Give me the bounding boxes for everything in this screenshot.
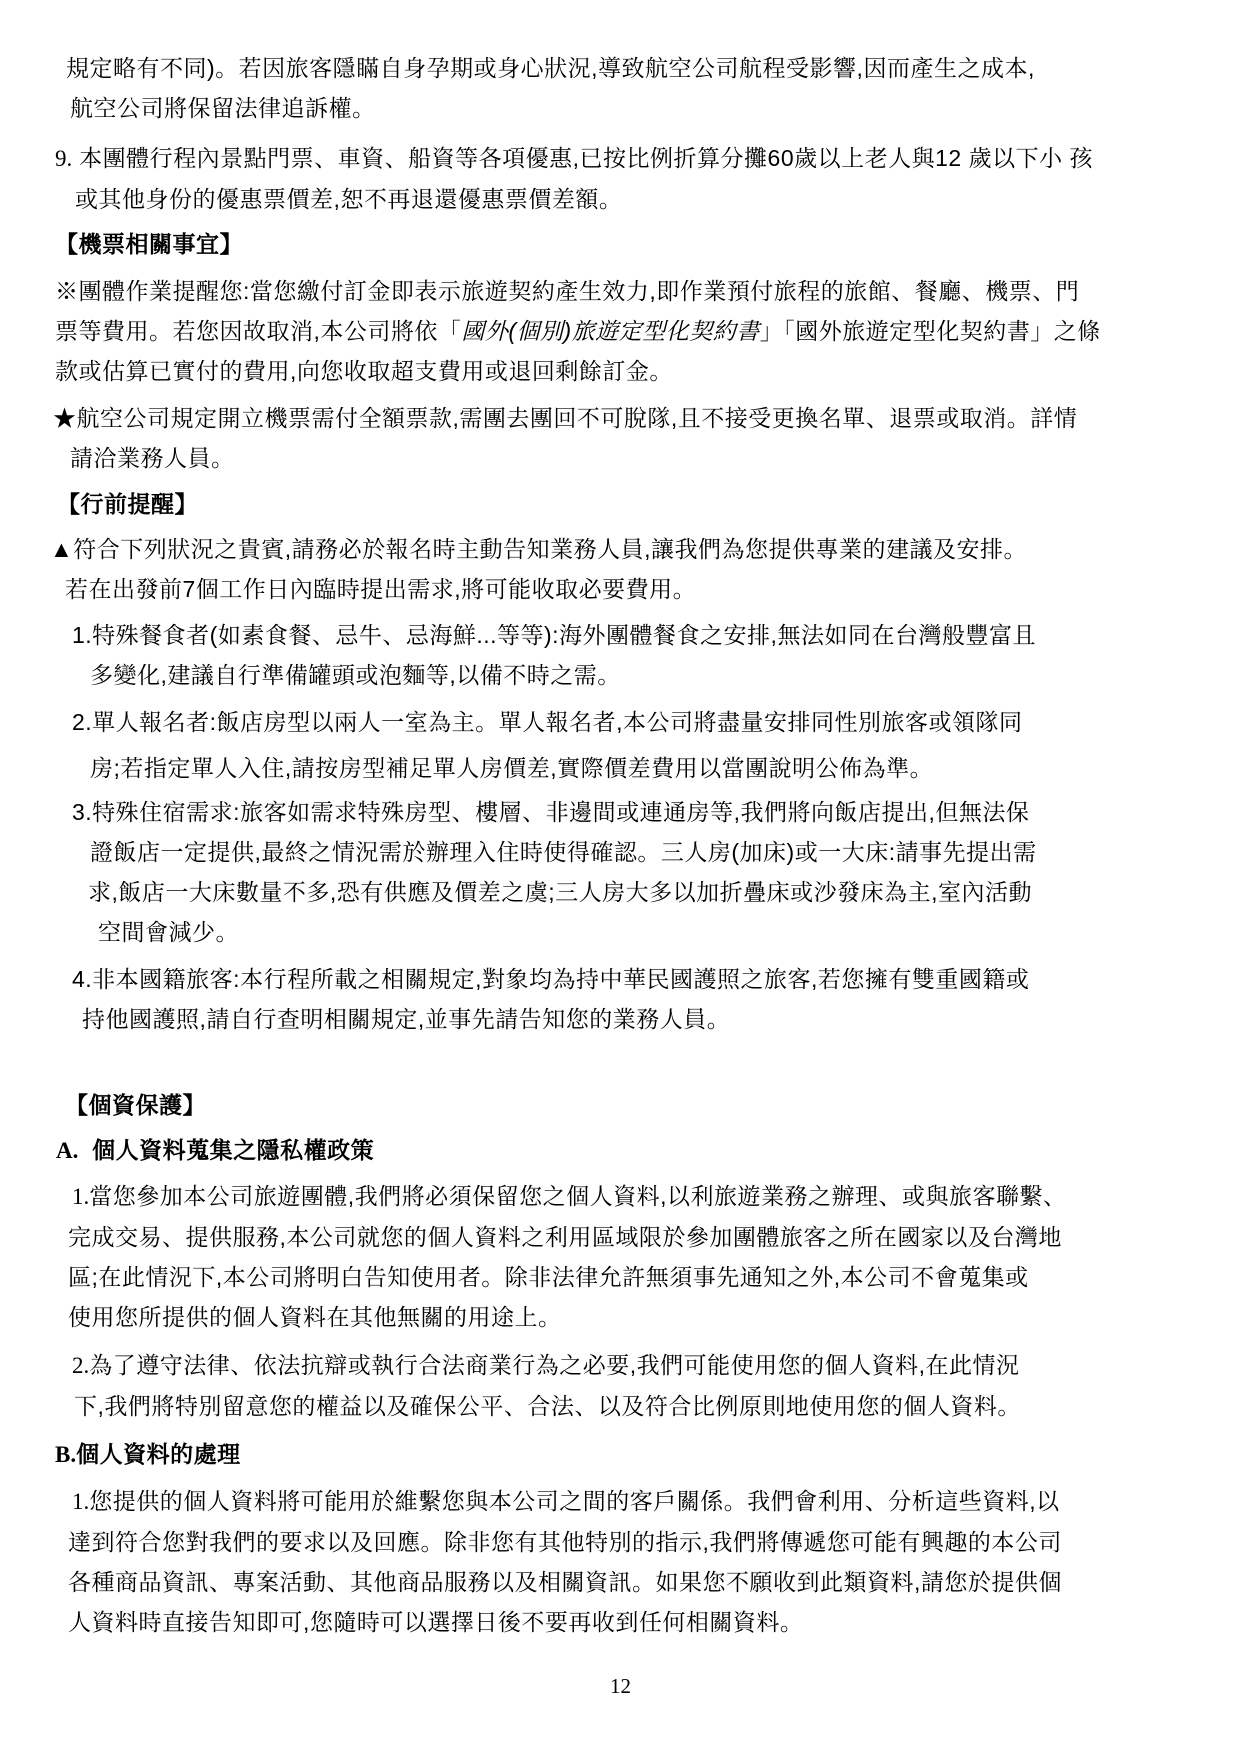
text-run: 1. <box>72 1184 89 1209</box>
text-run: 【個資保護】 <box>65 1092 206 1118</box>
text-run: 下,我們將特別留意您的權益以及確保公平、合法、以及符合比例原則地使用您的個人資料… <box>74 1393 1021 1419</box>
group-operation-note-line-1: ※團體作業提醒您:當您繳付訂金即表示旅遊契約產生效力,即作業預付旅程的旅館、餐廳… <box>55 271 1241 311</box>
special-meal-line-1: 1.特殊餐食者(如素食餐、忌牛、忌海鮮...等等):海外團體餐食之安排,無法如同… <box>72 615 1241 655</box>
text-run: 【行前提醒】 <box>57 491 198 517</box>
text-run: 證飯店一定提供,最終之情況需於辦理入住時使得確認。三人房(加床)或一大床:請事先… <box>90 839 1037 865</box>
text-run: 9. <box>55 146 72 171</box>
text-run: 1.特殊餐食者(如素食餐、忌牛、忌海鮮...等等):海外團體餐食之安排,無法如同… <box>72 622 1036 648</box>
text-run: 若在出發前7個工作日內臨時提出需求,將可能收取必要費用。 <box>65 576 696 602</box>
data-processing-item1-line-4: 人資料時直接告知即可,您隨時可以選擇日後不要再收到任何相關資料。 <box>68 1602 1241 1642</box>
airline-ticket-rule-line-2: 請洽業務人員。 <box>70 438 1241 478</box>
text-run: 4.非本國籍旅客:本行程所載之相關規定,對象均為持中華民國護照之旅客,若您擁有雙… <box>72 966 1029 992</box>
text-run: 完成交易、提供服務,本公司就您的個人資料之利用區域限於參加團體旅客之所在國家以及… <box>68 1224 1062 1250</box>
foreign-passport-line-1: 4.非本國籍旅客:本行程所載之相關規定,對象均為持中華民國護照之旅客,若您擁有雙… <box>72 959 1241 999</box>
heading-pre-departure-reminder: 【行前提醒】 <box>57 484 1241 524</box>
text-run: 票等費用。若您因故取消,本公司將依「 <box>55 318 461 344</box>
text-run: ※團體作業提醒您:當您繳付訂金即表示旅遊契約產生效力,即作業預付旅程的旅館、餐廳… <box>55 278 1079 304</box>
airline-ticket-rule-line-1: ★航空公司規定開立機票需付全額票款,需團去團回不可脫隊,且不接受更換名單、退票或… <box>53 398 1241 438</box>
text-run: 本團體行程內景點門票、車資、船資等各項優惠,已按比例折算分攤60歲以上老人與12… <box>72 145 1093 171</box>
discount-item-line-2: 或其他身份的優惠票價差,恕不再退還優惠票價差額。 <box>75 179 1241 219</box>
group-operation-note-line-3: 款或估算已實付的費用,向您收取超支費用或退回剩餘訂金。 <box>55 351 1241 391</box>
single-traveler-line-2: 房;若指定單人入住,請按房型補足單人房價差,實際價差費用以當團說明公佈為準。 <box>90 748 1241 788</box>
text-run: 達到符合您對我們的要求以及回應。除非您有其他特別的指示,我們將傳遞您可能有興趣的… <box>68 1529 1062 1555</box>
document-body: 規定略有不同)。若因旅客隱瞞自身孕期或身心狀況,導致航空公司航程受影響,因而產生… <box>0 48 1241 1642</box>
text-run: A. <box>56 1138 78 1163</box>
text-run: 個人資料蒐集之隱私權政策 <box>78 1137 374 1163</box>
text-run: 空間會減少。 <box>98 919 239 945</box>
privacy-policy-item1-line-4: 使用您所提供的個人資料在其他無關的用途上。 <box>68 1297 1241 1337</box>
text-run: 款或估算已實付的費用,向您收取超支費用或退回剩餘訂金。 <box>55 358 673 384</box>
text-run: 個人資料的處理 <box>76 1441 241 1467</box>
reminder-intro-line-2: 若在出發前7個工作日內臨時提出需求,將可能收取必要費用。 <box>65 569 1241 609</box>
single-traveler-line-1: 2.單人報名者:飯店房型以兩人一室為主。單人報名者,本公司將盡量安排同性別旅客或… <box>72 702 1241 742</box>
heading-privacy-policy: A. 個人資料蒐集之隱私權政策 <box>56 1130 1241 1171</box>
heading-personal-data-protection: 【個資保護】 <box>65 1085 1241 1125</box>
privacy-policy-item2-line-2: 下,我們將特別留意您的權益以及確保公平、合法、以及符合比例原則地使用您的個人資料… <box>74 1386 1241 1426</box>
heading-data-processing: B.個人資料的處理 <box>55 1434 1241 1475</box>
data-processing-item1-line-2: 達到符合您對我們的要求以及回應。除非您有其他特別的指示,我們將傳遞您可能有興趣的… <box>68 1522 1241 1562</box>
text-run: 您提供的個人資料將可能用於維繫您與本公司之間的客戶關係。我們會利用、分析這些資料… <box>89 1488 1059 1514</box>
text-run: 【機票相關事宜】 <box>55 231 243 257</box>
special-meal-line-2: 多變化,建議自行準備罐頭或泡麵等,以備不時之需。 <box>90 655 1241 695</box>
text-run: 規定略有不同)。若因旅客隱瞞自身孕期或身心狀況,導致航空公司航程受影響,因而產生… <box>66 55 1035 81</box>
text-run: ▲符合下列狀況之貴賓,請務必於報名時主動告知業務人員,讓我們為您提供專業的建議及… <box>50 536 1027 562</box>
text-run: 或其他身份的優惠票價差,恕不再退還優惠票價差額。 <box>75 186 622 212</box>
special-room-line-4: 空間會減少。 <box>98 912 1241 952</box>
text-run: 3.特殊住宿需求:旅客如需求特殊房型、樓層、非邊間或連通房等,我們將向飯店提出,… <box>72 799 1029 825</box>
text-run: 」「國外旅遊定型化契約書」之條 <box>760 318 1101 344</box>
document-page: 規定略有不同)。若因旅客隱瞞自身孕期或身心狀況,導致航空公司航程受影響,因而產生… <box>0 0 1241 1755</box>
text-run: 持他國護照,請自行查明相關規定,並事先請告知您的業務人員。 <box>82 1006 730 1032</box>
text-run: 1. <box>72 1489 89 1514</box>
special-room-line-2: 證飯店一定提供,最終之情況需於辦理入住時使得確認。三人房(加床)或一大床:請事先… <box>90 832 1241 872</box>
text-run: 各種商品資訊、專案活動、其他商品服務以及相關資訊。如果您不願收到此類資料,請您於… <box>68 1569 1062 1595</box>
discount-item-line-1: 9. 本團體行程內景點門票、車資、船資等各項優惠,已按比例折算分攤60歲以上老人… <box>55 138 1241 179</box>
text-run: 人資料時直接告知即可,您隨時可以選擇日後不要再收到任何相關資料。 <box>68 1609 803 1635</box>
text-run: 多變化,建議自行準備罐頭或泡麵等,以備不時之需。 <box>90 662 621 688</box>
privacy-policy-item1-line-1: 1.當您參加本公司旅遊團體,我們將必須保留您之個人資料,以利旅遊業務之辦理、或與… <box>72 1176 1241 1217</box>
heading-ticket-matters: 【機票相關事宜】 <box>55 224 1241 264</box>
text-run: 2. <box>72 1353 89 1378</box>
page-number: 12 <box>0 1674 1241 1699</box>
airline-liability-line-2: 航空公司將保留法律追訴權。 <box>70 88 1241 128</box>
text-run: 請洽業務人員。 <box>70 445 235 471</box>
text-run: 為了遵守法律、依法抗辯或執行合法商業行為之必要,我們可能使用您的個人資料,在此情… <box>89 1352 1019 1378</box>
special-room-line-1: 3.特殊住宿需求:旅客如需求特殊房型、樓層、非邊間或連通房等,我們將向飯店提出,… <box>72 792 1241 832</box>
text-run: ★航空公司規定開立機票需付全額票款,需團去團回不可脫隊,且不接受更換名單、退票或… <box>53 405 1077 431</box>
foreign-passport-line-2: 持他國護照,請自行查明相關規定,並事先請告知您的業務人員。 <box>82 999 1241 1039</box>
text-run: 使用您所提供的個人資料在其他無關的用途上。 <box>68 1304 562 1330</box>
data-processing-item1-line-1: 1.您提供的個人資料將可能用於維繫您與本公司之間的客戶關係。我們會利用、分析這些… <box>72 1481 1241 1522</box>
special-room-line-3: 求,飯店一大床數量不多,恐有供應及價差之虞;三人房大多以加折疊床或沙發床為主,室… <box>88 872 1241 912</box>
text-run: 區;在此情況下,本公司將明白告知使用者。除非法律允許無須事先通知之外,本公司不會… <box>68 1264 1029 1290</box>
text-run: 房;若指定單人入住,請按房型補足單人房價差,實際價差費用以當團說明公佈為準。 <box>90 755 933 781</box>
privacy-policy-item1-line-3: 區;在此情況下,本公司將明白告知使用者。除非法律允許無須事先通知之外,本公司不會… <box>68 1257 1241 1297</box>
airline-liability-line-1: 規定略有不同)。若因旅客隱瞞自身孕期或身心狀況,導致航空公司航程受影響,因而產生… <box>66 48 1241 88</box>
reminder-intro-line-1: ▲符合下列狀況之貴賓,請務必於報名時主動告知業務人員,讓我們為您提供專業的建議及… <box>50 529 1241 569</box>
text-run: 當您參加本公司旅遊團體,我們將必須保留您之個人資料,以利旅遊業務之辦理、或與旅客… <box>89 1183 1066 1209</box>
text-run: 求,飯店一大床數量不多,恐有供應及價差之虞;三人房大多以加折疊床或沙發床為主,室… <box>88 879 1032 905</box>
data-processing-item1-line-3: 各種商品資訊、專案活動、其他商品服務以及相關資訊。如果您不願收到此類資料,請您於… <box>68 1562 1241 1602</box>
text-run: 2.單人報名者:飯店房型以兩人一室為主。單人報名者,本公司將盡量安排同性別旅客或… <box>72 709 1022 735</box>
group-operation-note-line-2: 票等費用。若您因故取消,本公司將依「國外(個別)旅遊定型化契約書」「國外旅遊定型… <box>55 311 1241 351</box>
text-run: B. <box>55 1442 76 1467</box>
text-run: 航空公司將保留法律追訴權。 <box>70 95 376 121</box>
text-run: 國外(個別)旅遊定型化契約書 <box>461 318 759 344</box>
privacy-policy-item1-line-2: 完成交易、提供服務,本公司就您的個人資料之利用區域限於參加團體旅客之所在國家以及… <box>68 1217 1241 1257</box>
privacy-policy-item2-line-1: 2.為了遵守法律、依法抗辯或執行合法商業行為之必要,我們可能使用您的個人資料,在… <box>72 1345 1241 1386</box>
